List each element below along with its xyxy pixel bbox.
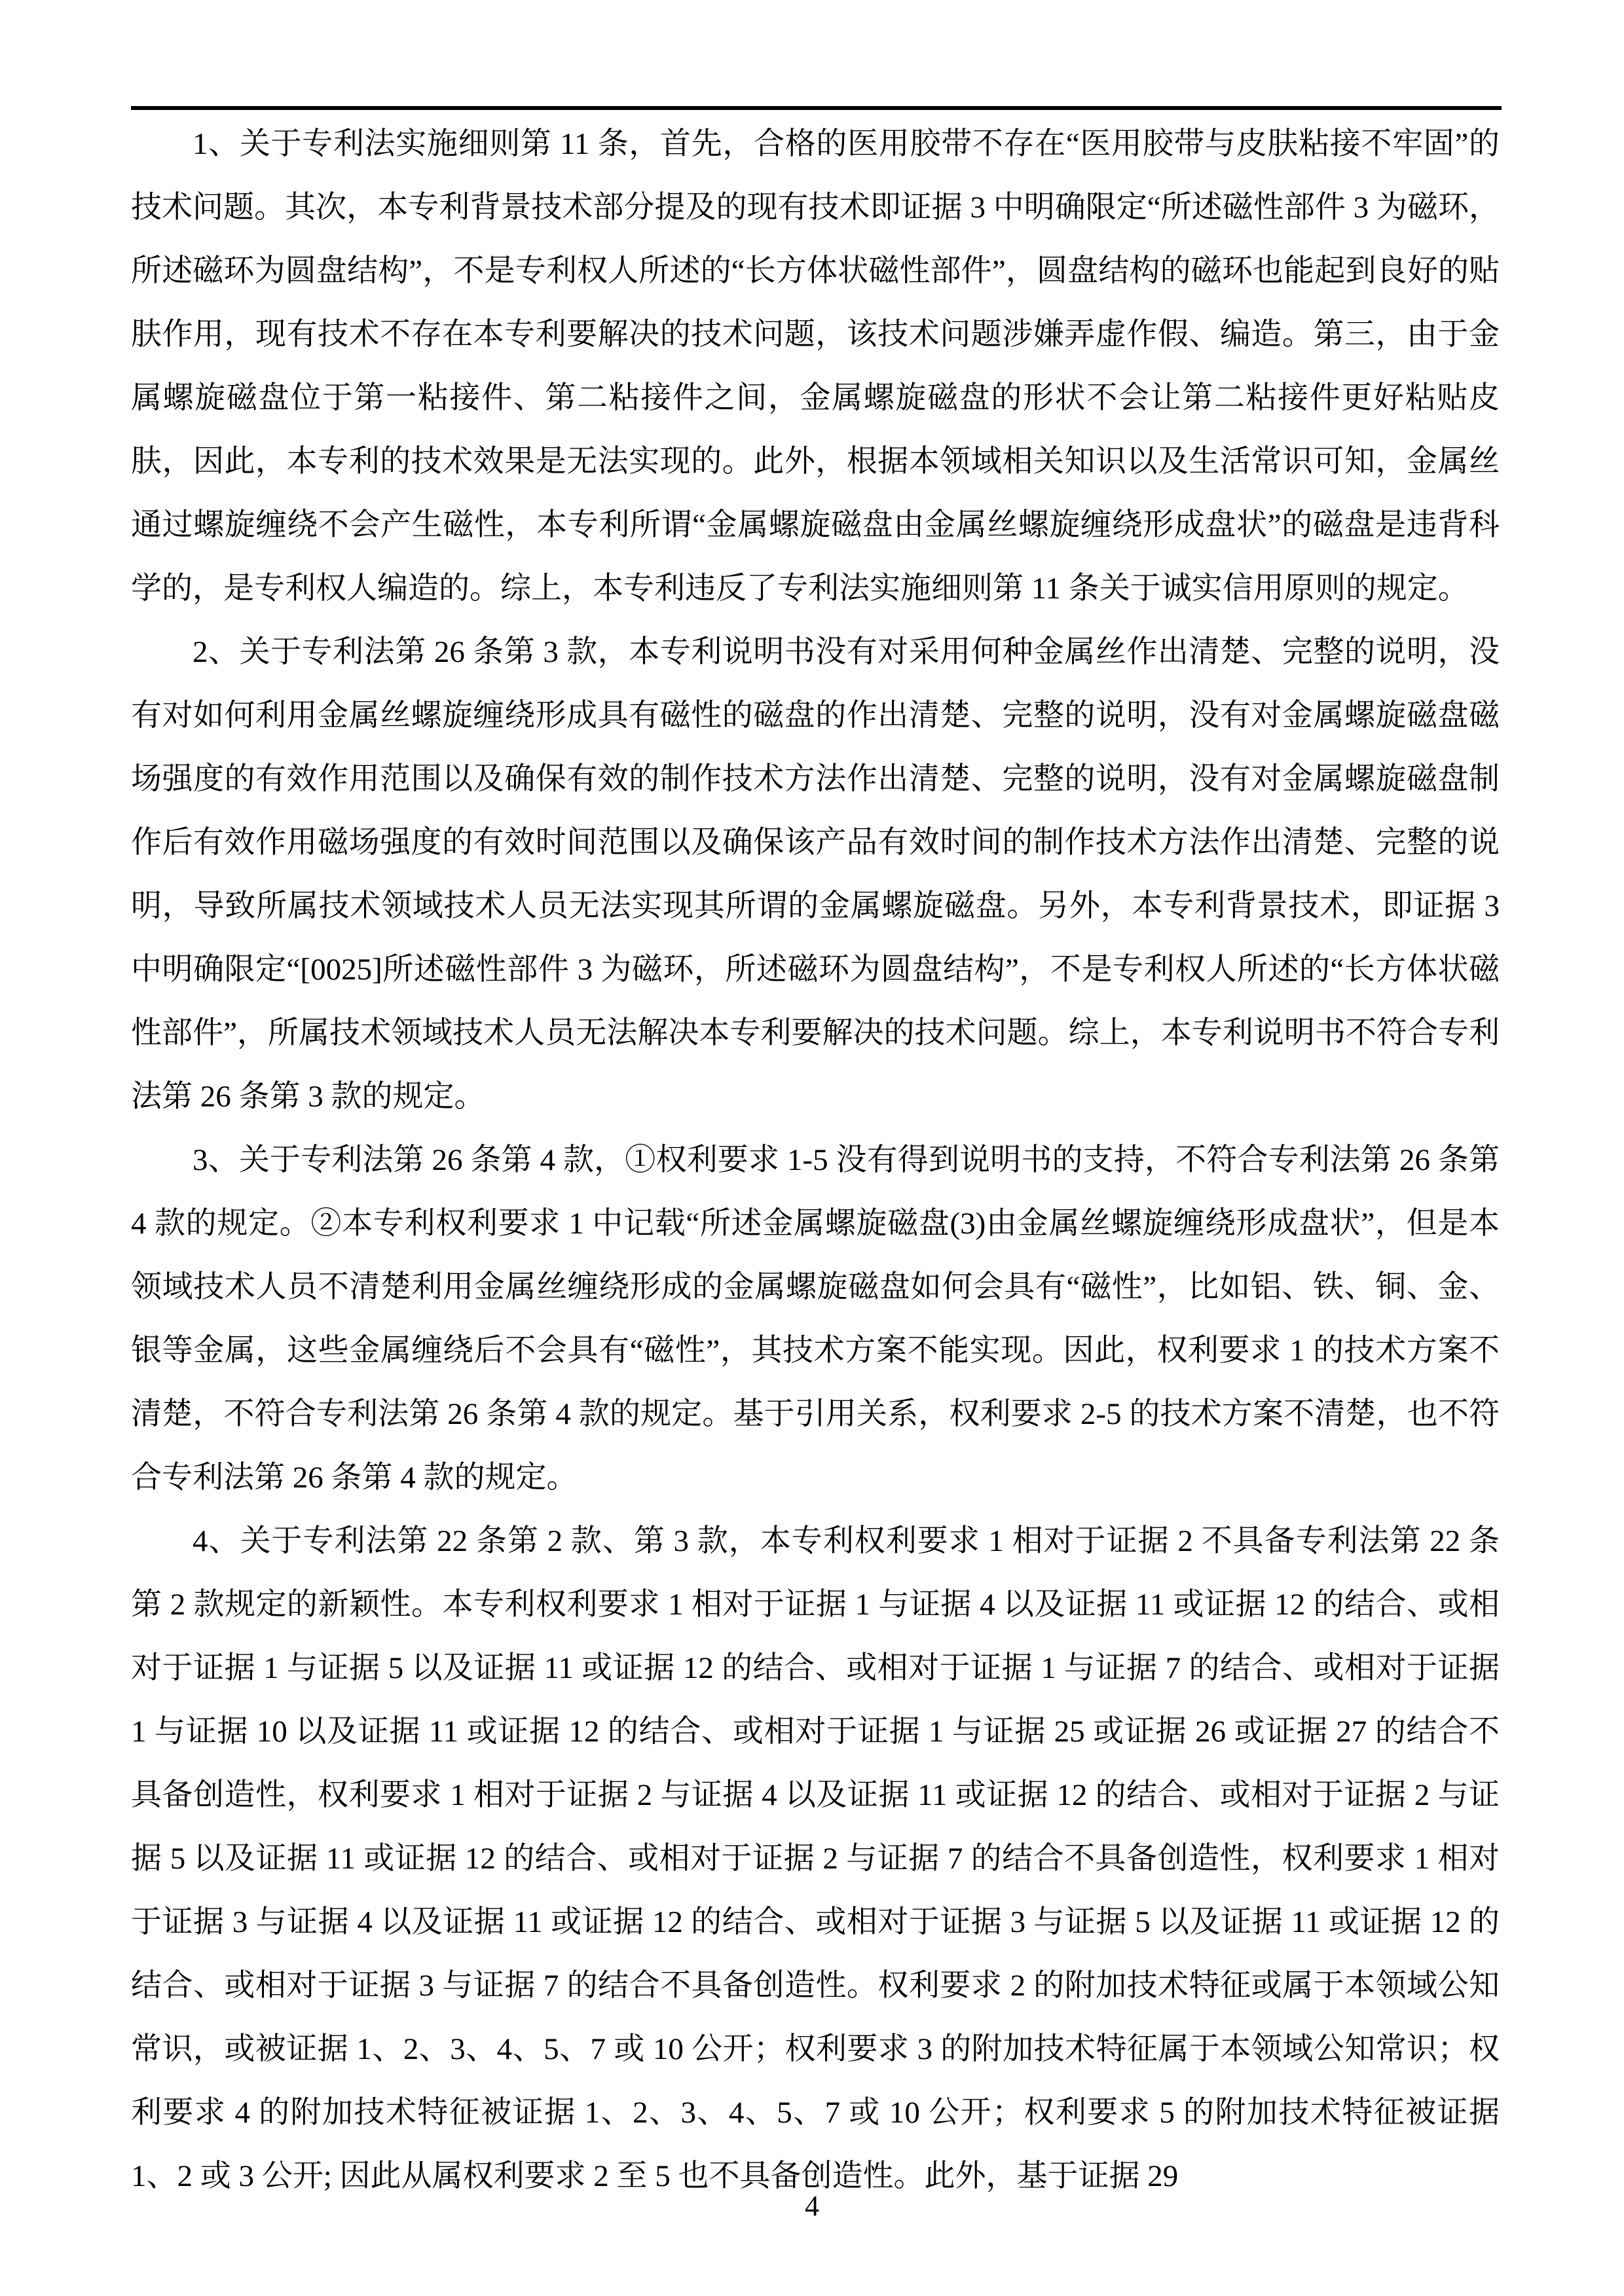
- paragraph: 2、关于专利法第 26 条第 3 款，本专利说明书没有对采用何种金属丝作出清楚、…: [131, 621, 1500, 1129]
- paragraph: 1、关于专利法实施细则第 11 条，首先，合格的医用胶带不存在“医用胶带与皮肤粘…: [131, 113, 1500, 621]
- document-body: 1、关于专利法实施细则第 11 条，首先，合格的医用胶带不存在“医用胶带与皮肤粘…: [131, 113, 1500, 2208]
- page-number: 4: [0, 2187, 1624, 2226]
- document-page: 1、关于专利法实施细则第 11 条，首先，合格的医用胶带不存在“医用胶带与皮肤粘…: [0, 0, 1624, 2296]
- header-rule: [131, 106, 1502, 110]
- paragraph: 3、关于专利法第 26 条第 4 款，①权利要求 1-5 没有得到说明书的支持，…: [131, 1129, 1500, 1510]
- paragraph: 4、关于专利法第 22 条第 2 款、第 3 款，本专利权利要求 1 相对于证据…: [131, 1510, 1500, 2208]
